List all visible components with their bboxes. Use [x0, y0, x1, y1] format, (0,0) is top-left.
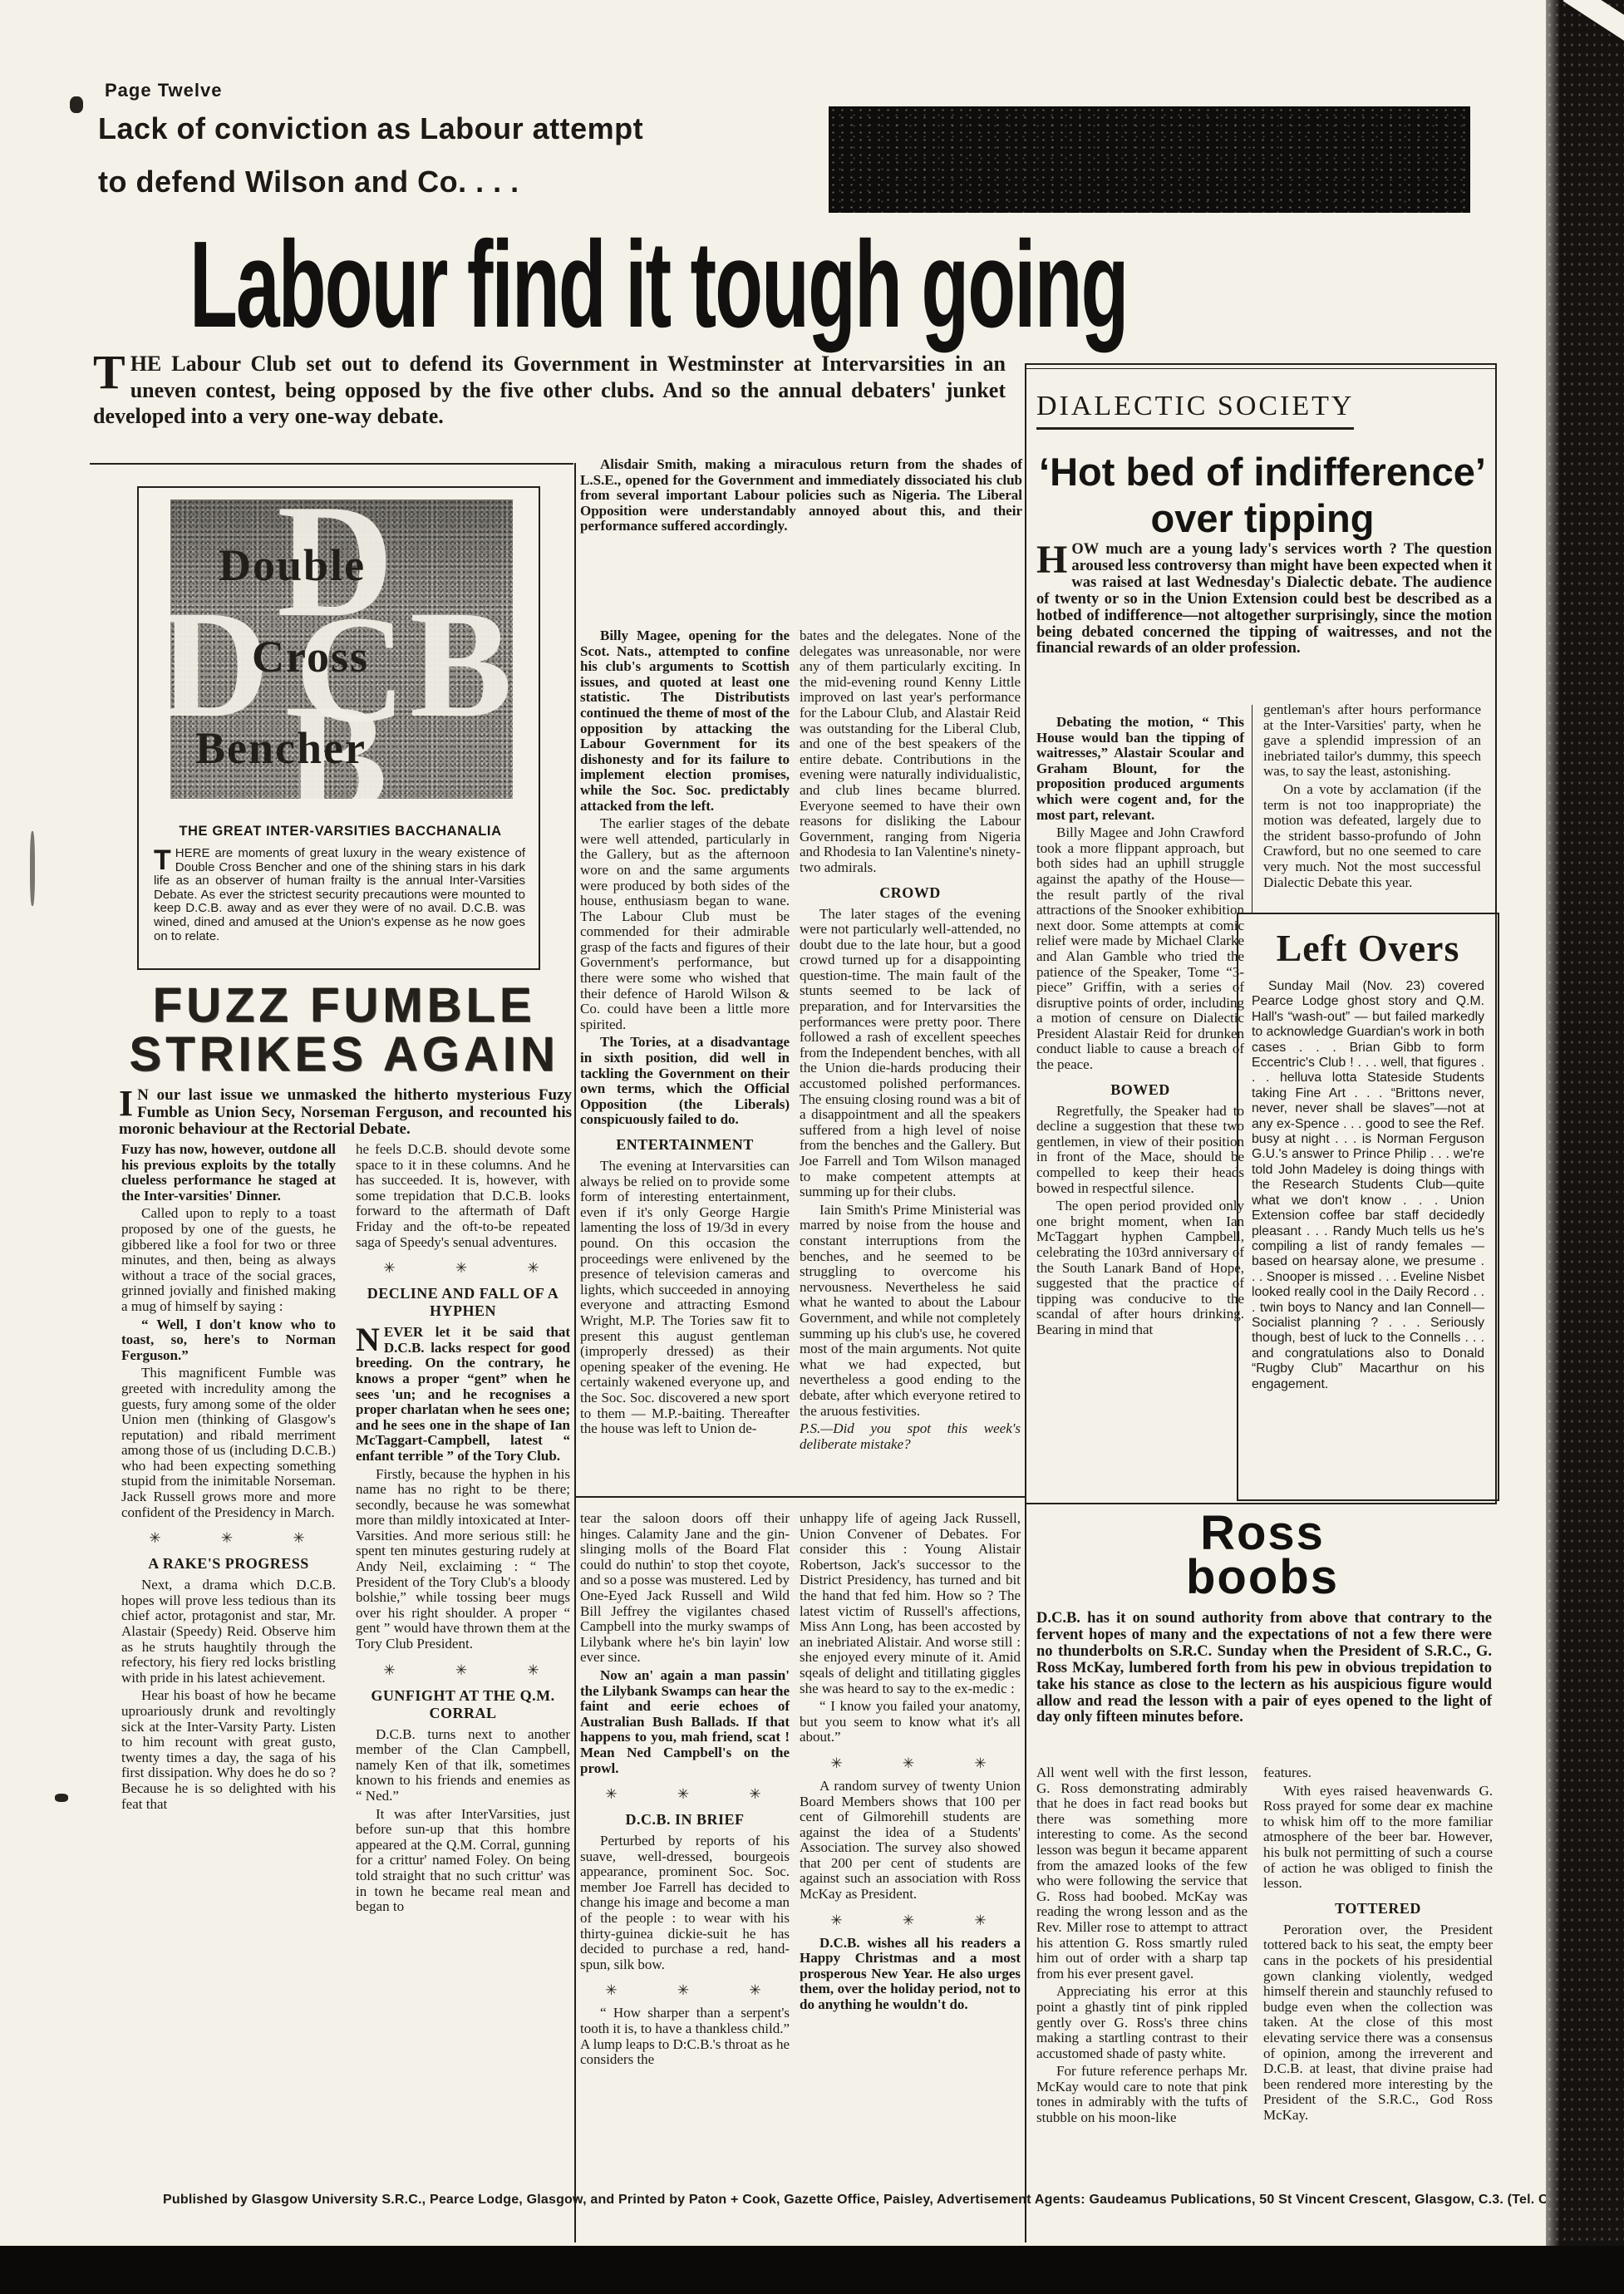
dialectic-kicker: DIALECTIC SOCIETY — [1036, 391, 1354, 430]
paragraph: On a vote by acclamation (if the term is… — [1263, 782, 1481, 890]
paragraph: bates and the delegates. None of the del… — [800, 628, 1021, 876]
paragraph: “ How sharper than a serpent's tooth it … — [580, 2006, 790, 2067]
drop-cap: N — [356, 1325, 384, 1353]
drop-cap: T — [154, 847, 175, 872]
paragraph: Perturbed by reports of his suave, well-… — [580, 1834, 790, 1972]
section-rule — [1025, 363, 1497, 365]
paragraph: “ I know you failed your anatomy, but yo… — [800, 1699, 1021, 1745]
paragraph: Next, a drama which D.C.B. hopes will pr… — [121, 1578, 336, 1686]
dcb-intro: THERE are moments of great luxury in the… — [154, 847, 525, 943]
fuzz-headline: FUZZ FUMBLE STRIKES AGAIN — [116, 981, 572, 1079]
paragraph: Billy Magee, opening for the Scot. Nats.… — [580, 628, 790, 814]
column-rule — [90, 463, 573, 465]
ross-headline-line: boobs — [1027, 1555, 1498, 1599]
fuzz-column-2: he feels D.C.B. should devote some space… — [356, 1142, 570, 1917]
dcb-caption: THE GREAT INTER-VARSITIES BACCHANALIA — [155, 824, 525, 839]
scan-bottom-band — [0, 2246, 1624, 2294]
dialectic-column-2: gentleman's after hours performance at t… — [1263, 702, 1481, 893]
paragraph: Regretfully, the Speaker had to decline … — [1036, 1104, 1244, 1197]
paragraph: features. — [1263, 1765, 1493, 1781]
paragraph: The later stages of the evening were not… — [800, 907, 1021, 1200]
fuzz-headline-line: FUZZ FUMBLE — [116, 981, 572, 1030]
fuzz-headline-line: STRIKES AGAIN — [116, 1030, 572, 1079]
column-rule — [576, 1496, 1025, 1498]
paragraph: The Tories, at a disadvantage in sixth p… — [580, 1035, 790, 1128]
dialectic-headline-line: over tipping — [1027, 495, 1498, 542]
paragraph: Fuzy has now, however, outdone all his p… — [121, 1142, 336, 1204]
ross-column-2: features.With eyes raised heavenwards G.… — [1263, 1765, 1493, 2125]
lead-paragraph: THE Labour Club set out to defend its Go… — [93, 351, 1006, 430]
left-overs-box: Left Overs Sunday Mail (Nov. 23) covered… — [1237, 913, 1499, 1501]
dcb-word-bencher: Bencher — [195, 722, 367, 774]
ross-headline: Ross boobs — [1027, 1511, 1498, 1599]
paragraph: “ Well, I don't know who to toast, so, h… — [121, 1317, 336, 1364]
section-rule — [1025, 1503, 1497, 1504]
paragraph: All went well with the first lesson, G. … — [1036, 1765, 1248, 1981]
footer-imprint: Published by Glasgow University S.R.C., … — [163, 2193, 1606, 2208]
paragraph: Appreciating his error at this point a g… — [1036, 1984, 1248, 2061]
paragraph: tear the saloon doors off their hinges. … — [580, 1511, 790, 1666]
subheading: CROWD — [800, 884, 1021, 902]
paragraph: Called upon to reply to a toast proposed… — [121, 1206, 336, 1314]
left-overs-title: Left Overs — [1238, 926, 1498, 970]
stars-separator: ✳ ✳ ✳ — [800, 1755, 1021, 1772]
labour-article-column-2: bates and the delegates. None of the del… — [800, 628, 1021, 1455]
stars-separator: ✳ ✳ ✳ — [580, 1982, 790, 1999]
redaction-block — [829, 106, 1470, 213]
paragraph: The open period provided only one bright… — [1036, 1199, 1244, 1337]
paragraph: NEVER let it be said that D.C.B. lacks r… — [356, 1325, 570, 1464]
paragraph: D.C.B. turns next to another member of t… — [356, 1727, 570, 1804]
scan-edge-band — [1546, 0, 1624, 2294]
stars-separator: ✳ ✳ ✳ — [356, 1662, 570, 1679]
paragraph: With eyes raised heavenwards G. Ross pra… — [1263, 1784, 1493, 1892]
drop-cap: H — [1036, 542, 1071, 576]
stars-separator: ✳ ✳ ✳ — [356, 1260, 570, 1277]
paragraph: unhappy life of ageing Jack Russell, Uni… — [800, 1511, 1021, 1696]
paragraph: This magnificent Fumble was greeted with… — [121, 1366, 336, 1520]
scan-speck — [70, 96, 83, 113]
drop-cap: T — [93, 351, 130, 392]
kicker-headline: Lack of conviction as Labour attempt to … — [98, 111, 680, 199]
paragraph: Peroration over, the President tottered … — [1263, 1922, 1493, 2124]
dialectic-intro: HOW much are a young lady's services wor… — [1036, 542, 1492, 657]
scan-speck — [55, 1794, 68, 1802]
paragraph: gentleman's after hours performance at t… — [1263, 702, 1481, 780]
left-overs-body: Sunday Mail (Nov. 23) covered Pearce Lod… — [1252, 979, 1484, 1392]
newspaper-page: Page Twelve Lack of conviction as Labour… — [0, 0, 1624, 2294]
stars-separator: ✳ ✳ ✳ — [121, 1530, 336, 1547]
subheading: GUNFIGHT AT THE Q.M. CORRAL — [356, 1687, 570, 1722]
dcb-logo-image: D D C B B Double Cross Bencher — [170, 500, 513, 799]
ross-intro: D.C.B. has it on sound authority from ab… — [1036, 1611, 1492, 1726]
dcb-lower-column-1: tear the saloon doors off their hinges. … — [580, 1511, 790, 2070]
paragraph: P.S.—Did you spot this week's deliberate… — [800, 1421, 1021, 1452]
dialectic-column-1: Debating the motion, “ This House would … — [1036, 715, 1244, 1341]
stars-separator: ✳ ✳ ✳ — [800, 1912, 1021, 1929]
subheading: BOWED — [1036, 1081, 1244, 1099]
column-rule — [1025, 363, 1026, 2242]
paragraph: Debating the motion, “ This House would … — [1036, 715, 1244, 823]
stars-separator: ✳ ✳ ✳ — [580, 1786, 790, 1803]
paragraph: For future reference perhaps Mr. McKay w… — [1036, 2064, 1248, 2125]
paragraph: Alisdair Smith, making a miraculous retu… — [580, 457, 1022, 534]
subheading: DECLINE AND FALL OF A HYPHEN — [356, 1285, 570, 1320]
ross-column-1: All went well with the first lesson, G. … — [1036, 1765, 1248, 2129]
paragraph: The evening at Intervarsities can always… — [580, 1159, 790, 1437]
paragraph: It was after InterVarsities, just before… — [356, 1807, 570, 1915]
drop-cap: I — [119, 1087, 137, 1119]
paragraph: Iain Smith's Prime Ministerial was marre… — [800, 1203, 1021, 1419]
dcb-word-cross: Cross — [252, 631, 369, 682]
subheading: D.C.B. IN BRIEF — [580, 1811, 790, 1829]
dcb-letter-b: B — [410, 576, 512, 753]
labour-article-opening: Alisdair Smith, making a miraculous retu… — [580, 457, 1022, 537]
main-headline: Labour find it tough going — [189, 214, 1127, 356]
paragraph: The earlier stages of the debate were we… — [580, 816, 790, 1032]
column-rule — [1252, 705, 1252, 914]
fuzz-column-1: Fuzy has now, however, outdone all his p… — [121, 1142, 336, 1814]
kicker-line: Lack of conviction as Labour attempt — [98, 111, 680, 146]
subheading: TOTTERED — [1263, 1900, 1493, 1917]
paragraph: A random survey of twenty Union Board Me… — [800, 1779, 1021, 1903]
subheading: ENTERTAINMENT — [580, 1136, 790, 1154]
fuzz-intro: IN our last issue we unmasked the hither… — [119, 1087, 572, 1139]
column-rule — [574, 463, 576, 2242]
paragraph: D.C.B. wishes all his readers a Happy Ch… — [800, 1936, 1021, 2013]
dcb-lower-column-2: unhappy life of ageing Jack Russell, Uni… — [800, 1511, 1021, 2016]
dcb-feature-box: D D C B B Double Cross Bencher THE GREAT… — [137, 486, 540, 970]
paragraph: Now an' again a man passin' the Lilybank… — [580, 1668, 790, 1776]
paragraph: Hear his boast of how he became uproario… — [121, 1688, 336, 1812]
kicker-line: to defend Wilson and Co. . . . — [98, 165, 680, 199]
labour-article-column-1: Billy Magee, opening for the Scot. Nats.… — [580, 628, 790, 1440]
subheading: A RAKE'S PROGRESS — [121, 1555, 336, 1573]
paragraph: he feels D.C.B. should devote some space… — [356, 1142, 570, 1250]
section-rule — [1025, 368, 1497, 369]
scan-speck — [30, 831, 35, 906]
dialectic-headline: ‘Hot bed of indifference’ over tipping — [1027, 449, 1498, 542]
paragraph: Billy Magee and John Crawford took a mor… — [1036, 825, 1244, 1073]
dialectic-headline-line: ‘Hot bed of indifference’ — [1027, 449, 1498, 495]
paragraph: Firstly, because the hyphen in his name … — [356, 1467, 570, 1652]
ross-headline-line: Ross — [1027, 1511, 1498, 1555]
dcb-word-double: Double — [219, 539, 366, 591]
page-number: Page Twelve — [105, 80, 222, 101]
